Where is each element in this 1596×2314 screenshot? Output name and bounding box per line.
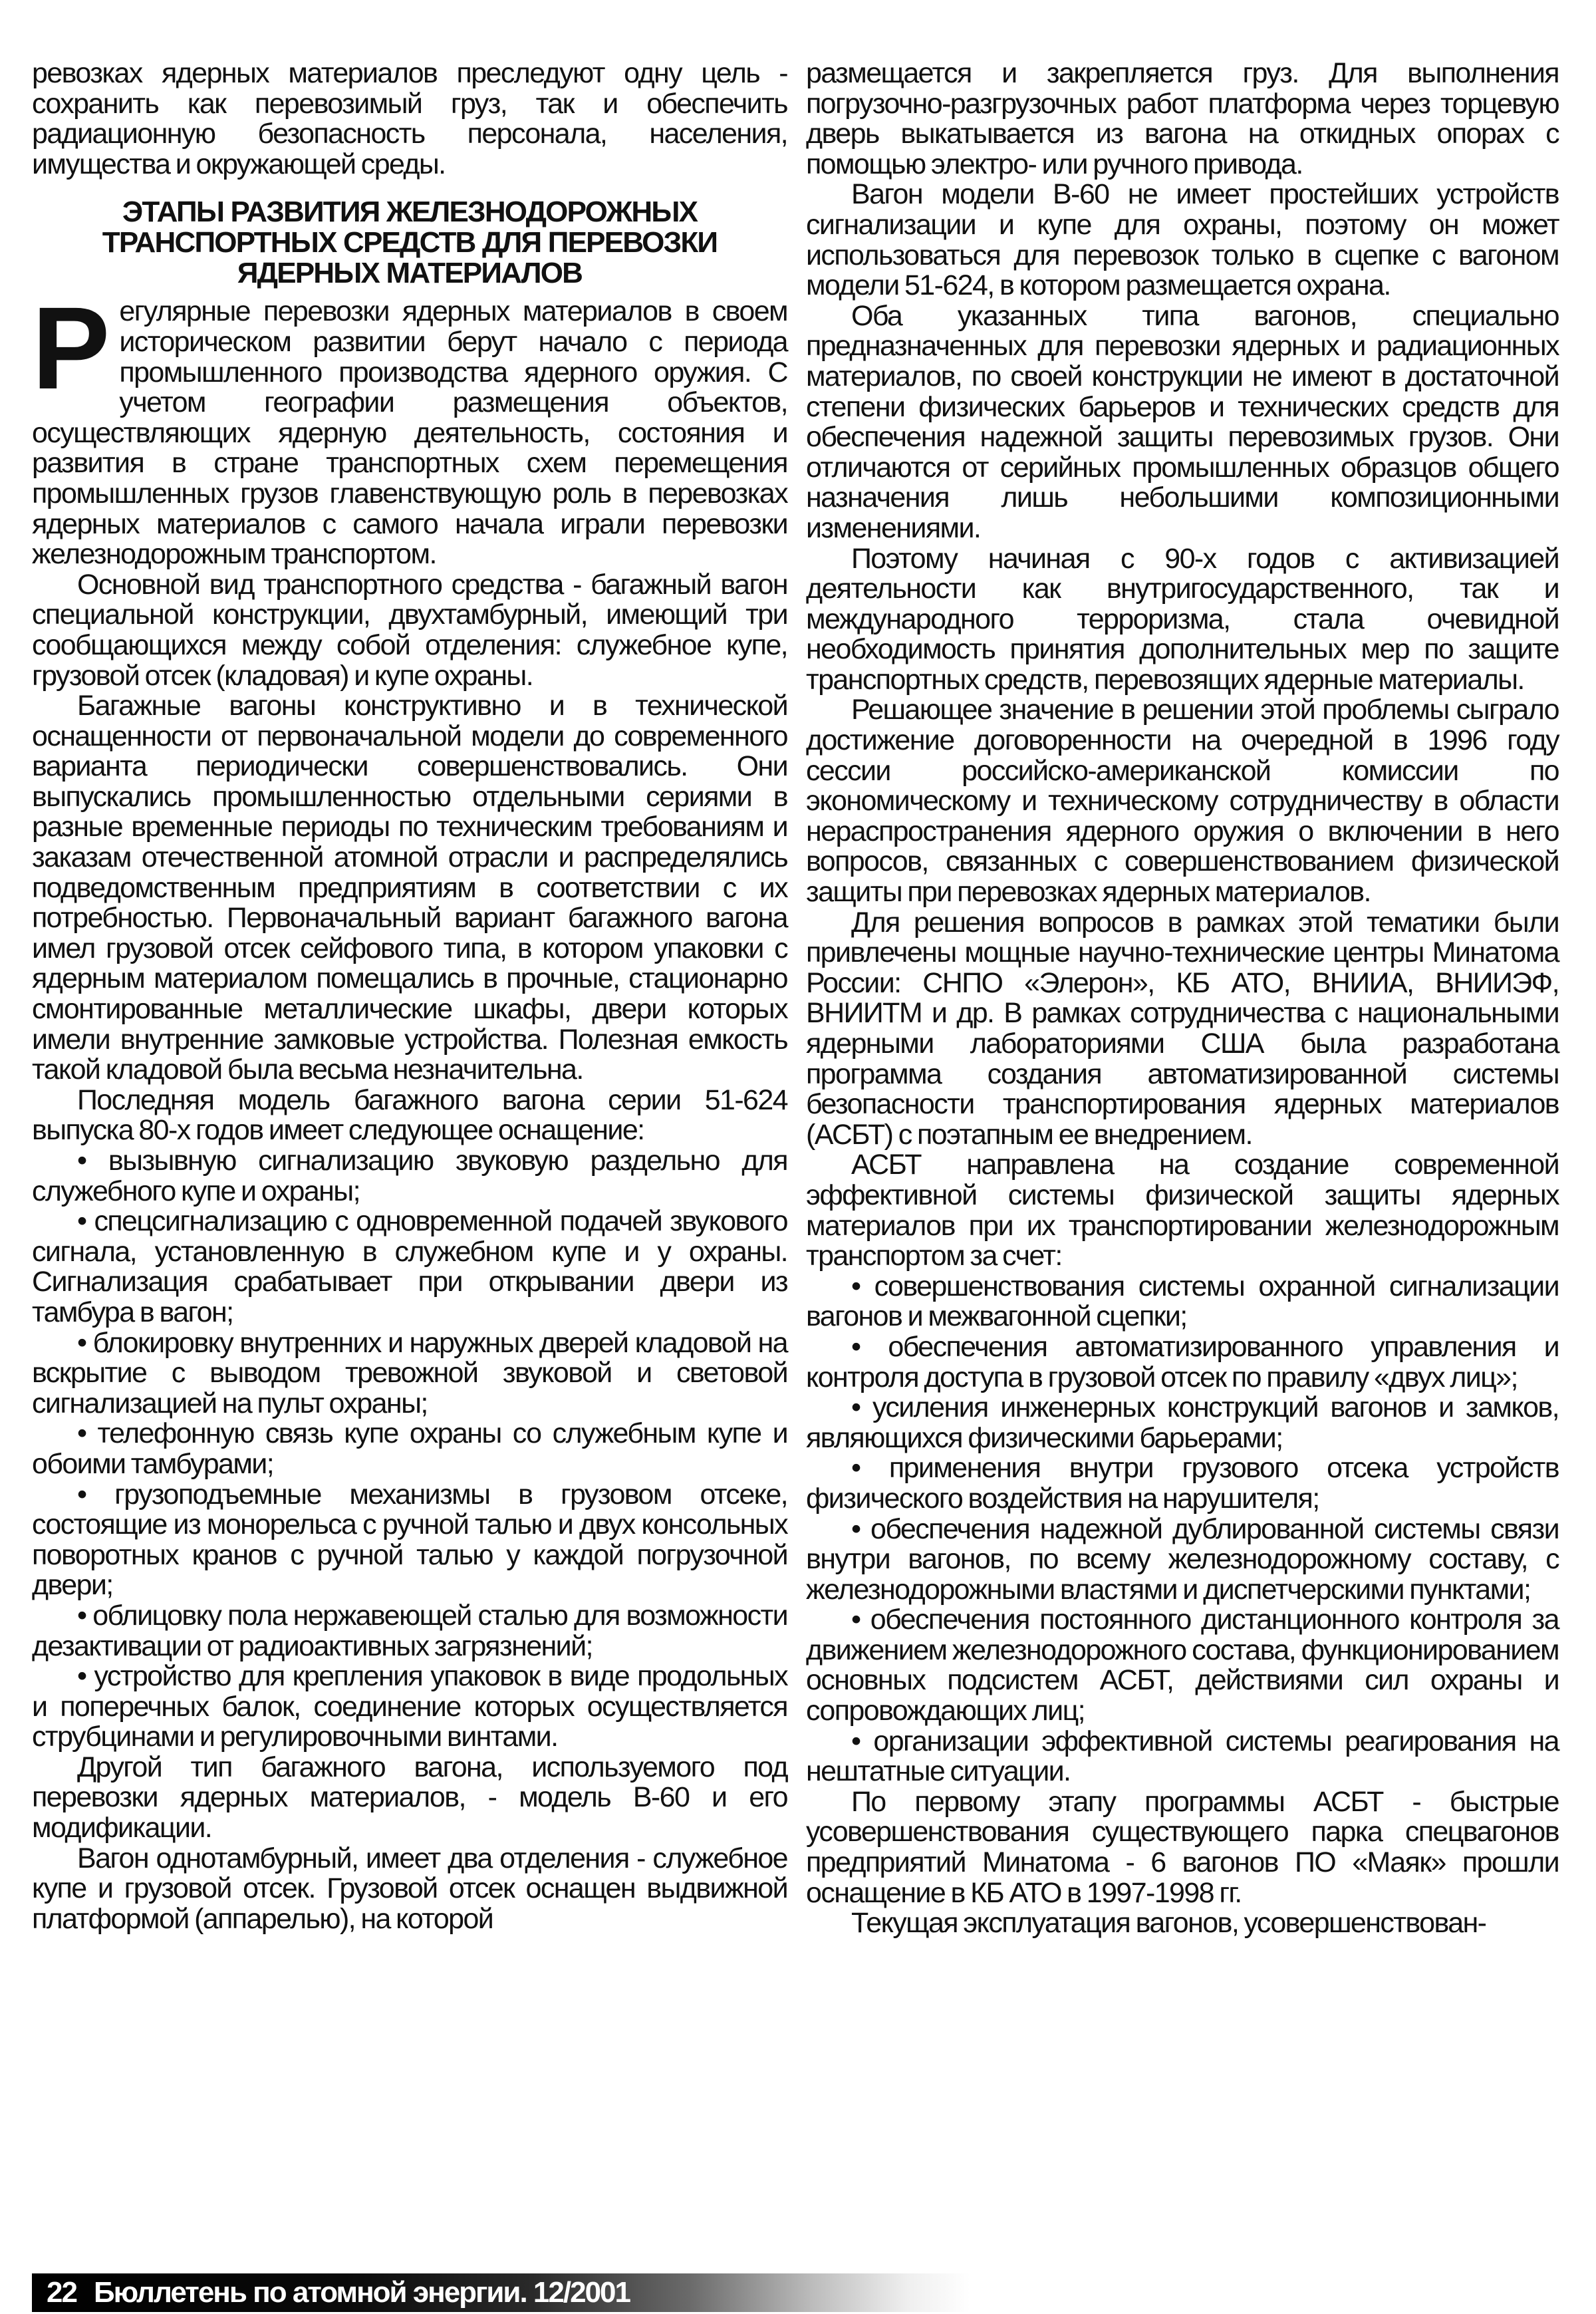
section-heading: ЭТАПЫ РАЗВИТИЯ ЖЕЛЕЗНОДОРОЖНЫХ ТРАНСПОРТ… [32,197,787,289]
bullet-item: • грузоподъемные механизмы в грузовом от… [32,1480,787,1601]
left-column: ревозках ядерных материалов преследуют о… [32,59,787,1934]
bullet-item: • устройство для крепления упаковок в ви… [32,1662,787,1753]
paragraph: Другой тип багажного вагона, используемо… [32,1753,787,1844]
bullet-item: • организации эффективной системы реагир… [806,1727,1559,1787]
paragraph: Для решения вопросов в рамках этой темат… [806,908,1559,1151]
page-footer-bar: 22Бюллетень по атомной энергии. 12/2001 [32,2273,1596,2312]
paragraph: По первому этапу программы АСБТ - быстры… [806,1787,1559,1908]
intro-paragraph: ревозках ядерных материалов преследуют о… [32,59,787,180]
bullet-item: • применения внутри грузового отсека уст… [806,1453,1559,1514]
publication-title: Бюллетень по атомной энергии. 12/2001 [94,2276,630,2309]
paragraph: Багажные вагоны конструктивно и в технич… [32,691,787,1085]
bullet-item: • обеспечения автоматизированного управл… [806,1332,1559,1393]
paragraph: Вагон модели В-60 не имеет простейших ус… [806,180,1559,301]
bullet-item: • обеспечения постоянного дистанционного… [806,1605,1559,1726]
paragraph: Текущая эксплуатация вагонов, усовершенс… [806,1908,1559,1939]
paragraph: Вагон однотамбурный, имеет два отделения… [32,1844,787,1935]
paragraph: АСБТ направлена на создание современной … [806,1150,1559,1271]
paragraph: Оба указанных типа вагонов, специально п… [806,301,1559,544]
footer-text: 22Бюллетень по атомной энергии. 12/2001 [47,2276,630,2309]
paragraph: Основной вид транспортного средства - ба… [32,570,787,691]
drop-cap: Р [32,302,107,395]
paragraph: размещается и закрепляется груз. Для вып… [806,59,1559,180]
bullet-item: • спецсигнализацию с одновременной подач… [32,1207,787,1328]
paragraph: Последняя модель багажного вагона серии … [32,1085,787,1146]
bullet-item: • совершенствования системы охранной сиг… [806,1272,1559,1332]
paragraph: Решающее значение в решении этой проблем… [806,695,1559,907]
paragraph-with-dropcap: Регулярные перевозки ядерных материалов … [32,297,787,569]
bullet-item: • обеспечения надежной дублированной сис… [806,1515,1559,1606]
paragraph-text: егулярные перевозки ядерных материалов в… [32,295,787,570]
paragraph: Поэтому начиная с 90-х годов с активизац… [806,544,1559,696]
bullet-item: • телефонную связь купе охраны со служеб… [32,1419,787,1479]
right-column: размещается и закрепляется груз. Для вып… [806,59,1559,1939]
bullet-item: • вызывную сигнализацию звуковую раздель… [32,1146,787,1207]
magazine-page: ревозках ядерных материалов преследуют о… [0,0,1596,2314]
page-number: 22 [47,2276,76,2309]
bullet-item: • облицовку пола нержавеющей сталью для … [32,1601,787,1662]
bullet-item: • усиления инженерных конструкций вагоно… [806,1393,1559,1453]
bullet-item: • блокировку внутренних и наружных двере… [32,1328,787,1419]
